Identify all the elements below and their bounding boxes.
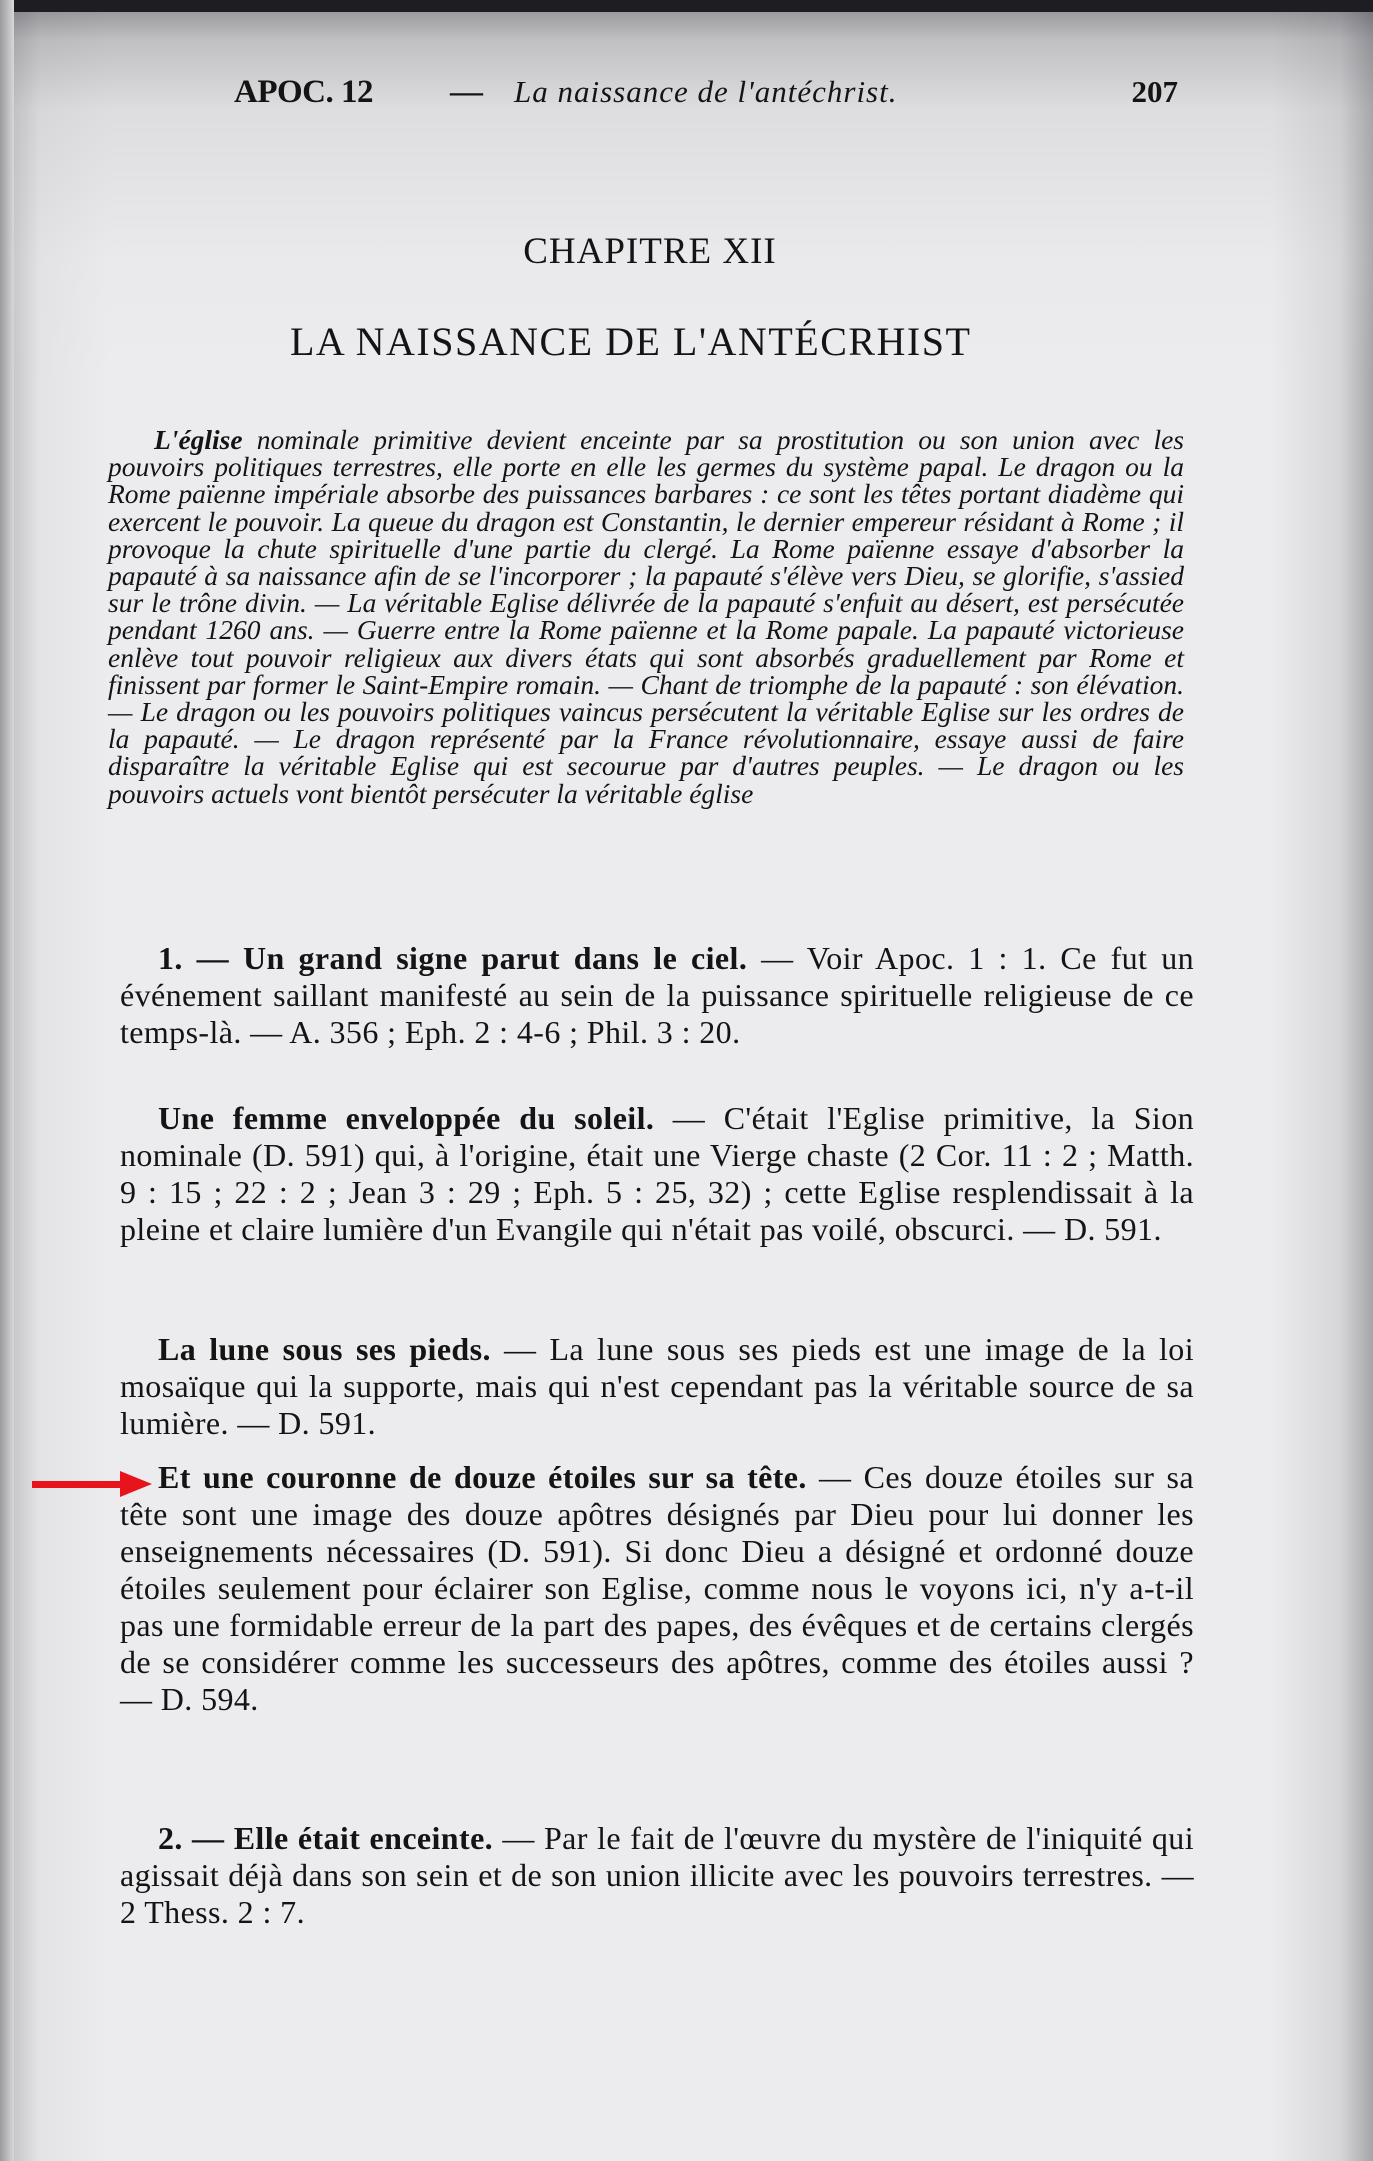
verse-paragraph-1: 1. — Un grand signe parut dans le ciel. … — [120, 940, 1194, 1051]
summary-text: nominale primitive devient enceinte par … — [108, 424, 1184, 809]
running-head-reference: APOC. 12 — [234, 74, 373, 111]
verse-paragraph-4-highlighted: Et une couronne de douze étoiles sur sa … — [120, 1459, 1194, 1718]
verse-heading: 2. — Elle était enceinte. — [158, 1820, 493, 1856]
verse-heading: 1. — Un grand signe parut dans le ciel. — [158, 940, 747, 976]
scan-top-edge — [0, 0, 1373, 12]
verse-paragraph-3: La lune sous ses pieds. — La lune sous s… — [120, 1331, 1194, 1442]
verse-paragraph-5: 2. — Elle était enceinte. — Par le fait … — [120, 1820, 1194, 1931]
verse-commentary: — Ces douze étoiles sur sa tête sont une… — [120, 1459, 1194, 1717]
verse-heading: La lune sous ses pieds. — [158, 1331, 491, 1367]
running-head: APOC. 12 — La naissance de l'antéchrist.… — [234, 74, 1178, 114]
scan-left-edge — [0, 0, 14, 2161]
scanned-page: APOC. 12 — La naissance de l'antéchrist.… — [0, 0, 1373, 2161]
verse-heading: Et une couronne de douze étoiles sur sa … — [158, 1459, 807, 1495]
running-head-title: La naissance de l'antéchrist. — [514, 74, 898, 110]
page-number: 207 — [1132, 74, 1179, 110]
verse-heading: Une femme enveloppée du soleil. — [158, 1100, 654, 1136]
chapter-number: CHAPITRE XII — [0, 230, 1300, 273]
chapter-summary: L'église nominale primitive devient ence… — [108, 426, 1184, 807]
verse-paragraph-2: Une femme enveloppée du soleil. — C'étai… — [120, 1100, 1194, 1248]
chapter-title: LA NAISSANCE DE L'ANTÉCRHIST — [290, 318, 971, 365]
running-head-dash: — — [450, 74, 483, 111]
